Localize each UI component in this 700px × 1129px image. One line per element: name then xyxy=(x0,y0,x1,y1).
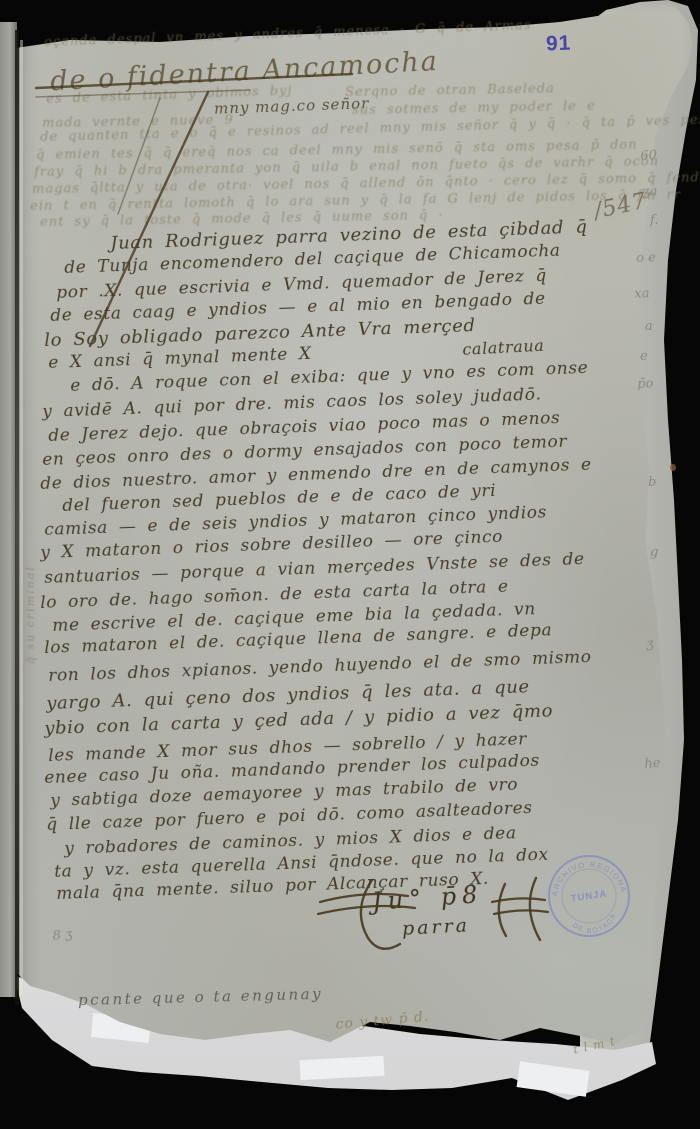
binding-gutter-highlight xyxy=(20,40,23,995)
margin-mark: 8 ʒ xyxy=(52,928,73,943)
margin-mark: he xyxy=(644,757,661,771)
margin-mark: g xyxy=(650,546,658,559)
faint-hand-line: Serqno de otran Baseleda xyxy=(345,82,555,99)
margin-mark: e xyxy=(640,350,648,363)
margin-mark: 60 xyxy=(640,149,657,163)
left-margin-vertical-note: q̄ su criminal xyxy=(24,565,37,664)
margin-mark: f. xyxy=(650,214,658,227)
margin-mark: p̄o xyxy=(637,377,654,391)
margin-mark: ʒ xyxy=(646,638,654,651)
signature-surname: parra xyxy=(401,914,470,940)
margin-mark: a xyxy=(645,320,653,333)
hand-line: calatraua xyxy=(462,338,545,358)
margin-mark: o e xyxy=(636,251,656,265)
archive-stamp: ARCHIVO REGIONAL DE BOYACA TUNJA xyxy=(537,844,641,948)
foxing-spot xyxy=(670,464,676,471)
margin-mark: ʒa xyxy=(642,185,658,199)
stamp-center-text: TUNJA xyxy=(570,888,608,904)
margin-mark: b xyxy=(648,476,656,489)
folio-number: 91 xyxy=(546,32,572,57)
binding-gutter-shadow xyxy=(15,30,19,1005)
margin-mark: xa xyxy=(634,287,650,301)
archive-photo: { "colors":{ "background":"#060606","pag… xyxy=(0,0,700,1129)
